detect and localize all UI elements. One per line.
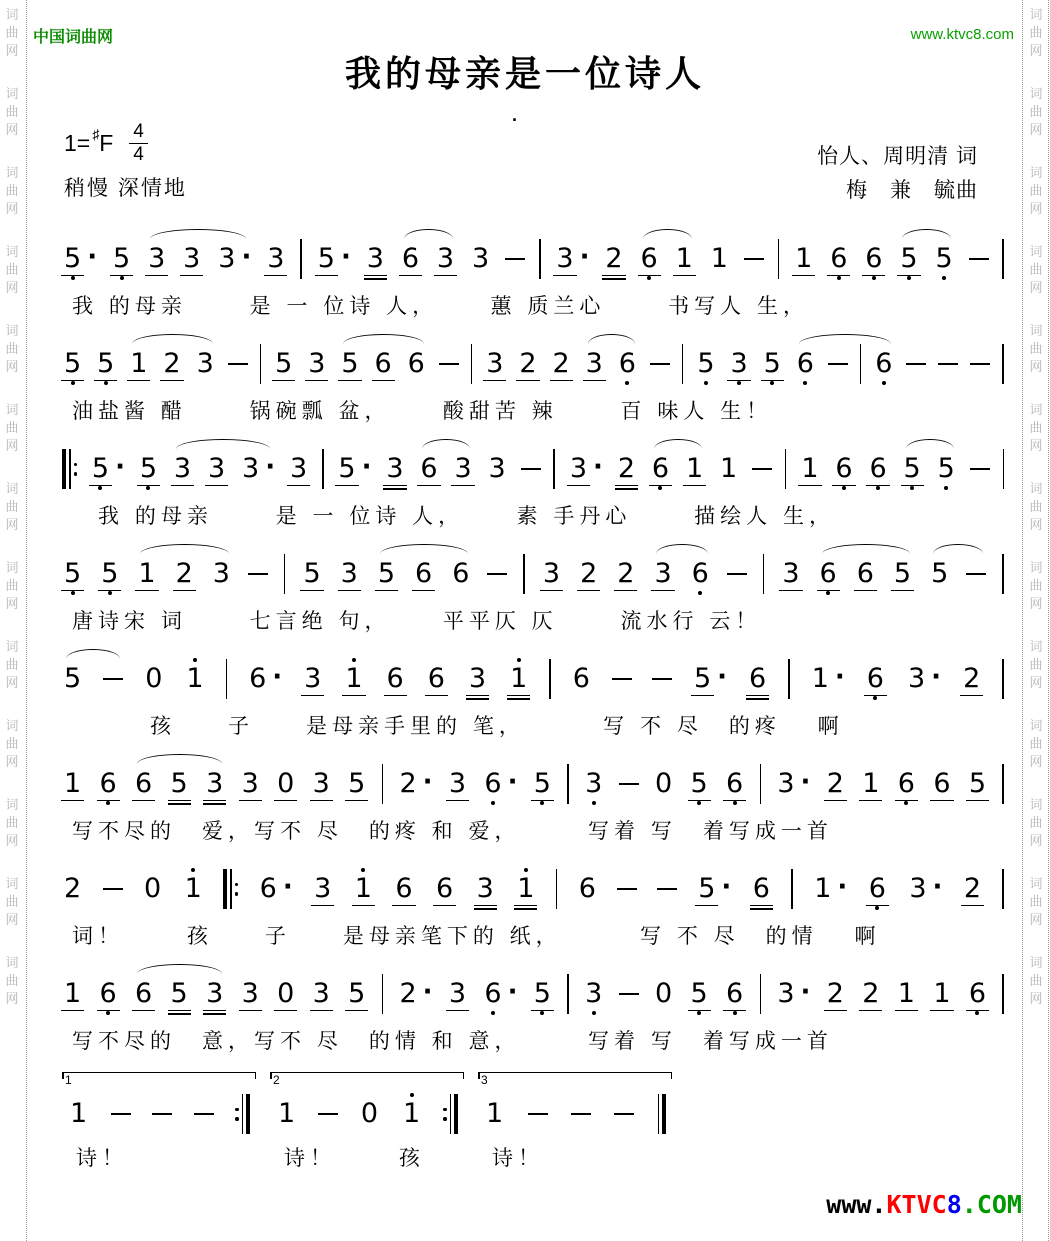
dash-note	[111, 1113, 131, 1116]
note-digit: 1	[401, 1100, 422, 1128]
note-digit: 6	[385, 665, 406, 693]
volta-number: 3	[481, 1073, 488, 1087]
note-5: 5	[273, 341, 294, 387]
note-1: 1	[484, 1091, 505, 1137]
dot	[491, 801, 495, 805]
note-3: 3	[447, 761, 468, 807]
note-digit: 1	[810, 665, 831, 693]
note-column: 0	[275, 761, 296, 807]
repeat-dot	[235, 892, 239, 896]
note-digit: 6	[795, 350, 816, 378]
note-3: 3	[447, 971, 468, 1017]
watermark-char: 词	[1029, 403, 1042, 416]
dash-note	[619, 993, 639, 996]
dash-note	[194, 1113, 214, 1116]
repeat-dots	[443, 1108, 447, 1121]
note-3: 3	[475, 866, 496, 912]
note-2: 2	[62, 866, 83, 912]
note-6: 6	[724, 971, 745, 1017]
note-column: 3	[728, 341, 749, 387]
note-digit: 5	[929, 560, 950, 588]
note-digit: 1	[183, 875, 204, 903]
note-digit: 3	[775, 770, 796, 798]
dot	[191, 868, 195, 872]
bar-thin	[1002, 239, 1004, 279]
note-3: 3	[652, 551, 673, 597]
augmentation-dot: ·	[593, 454, 603, 484]
dot	[658, 486, 662, 490]
note-column: 5	[301, 551, 322, 597]
watermark-group: 词曲网	[1029, 561, 1042, 610]
note-column: 1	[793, 236, 814, 282]
dash-note	[906, 363, 926, 366]
note-column: 5	[62, 656, 83, 702]
barline	[1003, 446, 1005, 492]
note-column: 6	[724, 761, 745, 807]
note-5: 5	[933, 236, 954, 282]
note-column: 6	[828, 236, 849, 282]
note-column: 3	[584, 341, 605, 387]
watermark-group: 词曲网	[5, 877, 18, 926]
slur	[380, 544, 468, 555]
note-3: 3·	[775, 971, 810, 1017]
watermark-char: 词	[1029, 324, 1042, 337]
bar-thin	[69, 449, 71, 489]
barline	[1002, 341, 1004, 387]
note-digit: 5	[273, 350, 294, 378]
note-column: 2	[961, 656, 982, 702]
lyrics-row: 写不尽的 爱，写不 尽 的疼 和 爱， 写着 写 着写成一首	[62, 815, 1004, 847]
bar-thin	[471, 344, 473, 384]
repeat-dots	[235, 883, 239, 896]
notes-row: 1665330352·36·530563·22116	[62, 963, 1004, 1025]
note-digit: 5	[301, 560, 322, 588]
dot	[540, 1011, 544, 1015]
augmentation-dot: ·	[362, 454, 372, 484]
note-column: 6	[751, 866, 772, 912]
note-column: 3	[311, 971, 332, 1017]
note-column: 3	[568, 446, 589, 492]
bar-thin	[788, 659, 790, 699]
octave-dot-below	[803, 378, 807, 387]
watermark-char: 词	[1029, 798, 1042, 811]
bar-thin	[1002, 764, 1004, 804]
note-digit: 5	[892, 560, 913, 588]
watermark-group: 词曲网	[1029, 482, 1042, 531]
note-2: 2	[578, 551, 599, 597]
watermark-char: 曲	[1029, 26, 1042, 39]
dash-note	[228, 363, 248, 366]
site-url: www.ktvc8.com	[911, 26, 1014, 43]
dash-note	[619, 783, 639, 786]
note-digit: 3	[452, 455, 473, 483]
dash-note	[970, 363, 990, 366]
note-digit: 3	[467, 665, 488, 693]
note-column: 5	[62, 551, 83, 597]
note-6: 6·	[482, 971, 517, 1017]
watermark-char: 词	[5, 798, 18, 811]
note-column: 0	[653, 761, 674, 807]
watermark-char: 曲	[5, 26, 18, 39]
watermark-char: 曲	[1029, 105, 1042, 118]
volta-endings-line: 11诗！2101诗！ 孩31诗！	[62, 1072, 672, 1174]
note-column: 1	[276, 1091, 297, 1137]
note-5: 5	[892, 551, 913, 597]
note-column: 3	[365, 236, 386, 282]
repeat-begin-barline	[62, 446, 77, 492]
note-3: 3·	[775, 761, 810, 807]
repeat-dot	[235, 1108, 239, 1112]
dash-note	[571, 1113, 591, 1116]
note-column: 6	[393, 866, 414, 912]
note-column: 6	[133, 971, 154, 1017]
watermark-char: 曲	[1029, 263, 1042, 276]
note-digit: 5	[696, 875, 717, 903]
note-column: 3	[652, 551, 673, 597]
note-column: 6	[400, 236, 421, 282]
watermark-char: 曲	[1029, 579, 1042, 592]
note-column: 6	[434, 866, 455, 912]
note-digit: 3	[583, 980, 604, 1008]
note-column: 1	[860, 761, 881, 807]
note-6: 6	[393, 866, 414, 912]
watermark-char: 词	[5, 719, 18, 732]
note-3: 3	[365, 236, 386, 282]
note-column: 1	[484, 1091, 505, 1137]
watermark-char: 词	[1029, 245, 1042, 258]
note-digit: 2	[174, 560, 195, 588]
repeat-dots	[74, 463, 78, 476]
lyrics-row: 油盐酱 醋 锅碗瓢 盆， 酸甜苦 辣 百 味人 生！	[62, 395, 1004, 427]
note-digit: 3	[311, 980, 332, 1008]
note-column: 3	[554, 236, 575, 282]
watermark-group: 词曲网	[1029, 956, 1042, 1005]
dot	[826, 591, 830, 595]
note-column: 3	[470, 236, 491, 282]
note-column: 5	[692, 656, 713, 702]
note-digit: 1	[931, 980, 952, 1008]
watermark-char: 曲	[5, 658, 18, 671]
dot	[625, 381, 629, 385]
dot	[352, 658, 356, 662]
footer-logo: www.KTVC8.COM	[826, 1190, 1022, 1219]
right-watermark-column: 词曲网词曲网词曲网词曲网词曲网词曲网词曲网词曲网词曲网词曲网词曲网词曲网词曲网	[1027, 0, 1045, 1241]
dot	[770, 381, 774, 385]
note-column: 3	[907, 866, 928, 912]
augmentation-dot: ·	[241, 244, 251, 274]
note-digit: 6	[867, 455, 888, 483]
note-digit: 5	[169, 980, 190, 1008]
note-column: 6	[867, 866, 888, 912]
left-dotted-divider	[26, 0, 27, 1241]
augmentation-dot: ·	[801, 769, 811, 799]
dot	[104, 381, 108, 385]
note-3: 3	[181, 236, 202, 282]
note-6: 6	[650, 446, 671, 492]
title-dot: ·	[0, 110, 1030, 131]
note-1: 1	[515, 866, 536, 912]
note-6: 6	[418, 446, 439, 492]
note-6: 6	[400, 236, 421, 282]
note-digit: 6	[406, 350, 427, 378]
note-1: 1	[896, 971, 917, 1017]
note-column: 1	[62, 971, 83, 1017]
note-digit: 3	[311, 770, 332, 798]
note-digit: 3	[302, 665, 323, 693]
note-digit: 2	[615, 560, 636, 588]
barline	[788, 656, 790, 702]
note-column: 5	[138, 446, 159, 492]
note-5: 5	[111, 236, 132, 282]
augmentation-dot: ·	[580, 244, 590, 274]
note-column: 5	[169, 971, 190, 1017]
bar-thin	[230, 869, 232, 909]
repeat-dot	[235, 883, 239, 887]
note-5: 5	[532, 971, 553, 1017]
note-column: 3	[206, 446, 227, 492]
right-inner-dotted-divider	[1022, 0, 1023, 1241]
notes-row: 55123535663223636655	[62, 543, 1004, 605]
score-line: 55123535663223653566油盐酱 醋 锅碗瓢 盆， 酸甜苦 辣 百…	[62, 333, 1004, 433]
score-line: 2016·31663165·61·63·2词！ 孩 子 是母亲笔下的 纸， 写 …	[62, 858, 1004, 958]
rest-note: 0	[653, 761, 674, 807]
note-digit: 1	[508, 665, 529, 693]
volta-section: 2101诗！ 孩	[270, 1072, 464, 1174]
note-5: 5	[346, 971, 367, 1017]
notes-row: 2016·31663165·61·63·2	[62, 858, 1004, 920]
note-3: 3·	[568, 446, 603, 492]
note-digit: 0	[359, 1100, 380, 1128]
watermark-char: 网	[1029, 123, 1042, 136]
watermark-char: 词	[5, 877, 18, 890]
watermark-char: 词	[1029, 482, 1042, 495]
bar-thin	[1002, 869, 1004, 909]
note-6: 6	[577, 866, 598, 912]
barline	[300, 236, 302, 282]
note-3: 3	[240, 971, 261, 1017]
watermark-char: 网	[1029, 439, 1042, 452]
note-5: 5·	[692, 656, 727, 702]
slur	[902, 229, 951, 240]
note-digit: 1	[793, 245, 814, 273]
watermark-char: 词	[5, 640, 18, 653]
note-2: 2	[551, 341, 572, 387]
note-5: 5	[898, 236, 919, 282]
watermark-char: 曲	[1029, 895, 1042, 908]
note-2: 2	[825, 971, 846, 1017]
song-title: 我的母亲是一位诗人	[0, 46, 1050, 97]
note-6: 6	[98, 971, 119, 1017]
note-2: 2	[603, 236, 624, 282]
dot	[842, 486, 846, 490]
dash-note	[521, 468, 541, 471]
note-digit: 2	[62, 875, 83, 903]
note-5: 5	[169, 761, 190, 807]
dot	[361, 868, 365, 872]
slur	[137, 754, 222, 765]
note-6: 6	[828, 236, 849, 282]
watermark-char: 曲	[5, 421, 18, 434]
note-1: 1	[799, 446, 820, 492]
note-digit: 3	[652, 560, 673, 588]
note-column: 2	[860, 971, 881, 1017]
note-6: 6	[867, 446, 888, 492]
note-5: 5	[689, 761, 710, 807]
note-digit: 3	[146, 245, 167, 273]
note-digit: 1	[276, 1100, 297, 1128]
note-digit: 6	[967, 980, 988, 1008]
watermark-char: 曲	[1029, 658, 1042, 671]
note-digit: 5	[99, 560, 120, 588]
note-5: 5	[301, 551, 322, 597]
watermark-group: 词曲网	[5, 719, 18, 768]
note-digit: 3	[204, 980, 225, 1008]
barline	[1002, 656, 1004, 702]
note-column: 5	[99, 551, 120, 597]
dot	[524, 868, 528, 872]
dot	[698, 591, 702, 595]
note-5: 5	[346, 761, 367, 807]
note-column: 3	[583, 761, 604, 807]
note-column: 1	[931, 971, 952, 1017]
bar-thin	[242, 1094, 244, 1134]
note-digit: 6	[867, 875, 888, 903]
note-digit: 3	[240, 980, 261, 1008]
rest-note: 0	[275, 971, 296, 1017]
note-column: 3	[487, 446, 508, 492]
final-barline	[658, 1091, 667, 1137]
note-3: 3	[146, 236, 167, 282]
note-1: 1	[353, 866, 374, 912]
dash-note	[828, 363, 848, 366]
note-column: 3	[288, 446, 309, 492]
barline	[1002, 551, 1004, 597]
note-6: 6	[406, 341, 427, 387]
note-digit: 0	[653, 770, 674, 798]
sharp-symbol: ♯	[92, 126, 99, 142]
note-digit: 6	[724, 980, 745, 1008]
note-5: 5	[99, 551, 120, 597]
note-column: 0	[275, 971, 296, 1017]
watermark-group: 词曲网	[5, 403, 18, 452]
watermark-char: 曲	[1029, 974, 1042, 987]
watermark-char: 曲	[5, 500, 18, 513]
note-digit: 6	[571, 665, 592, 693]
note-digit: 2	[397, 770, 418, 798]
dash-note	[612, 678, 632, 681]
note-digit: 6	[426, 665, 447, 693]
note-digit: 3	[728, 350, 749, 378]
note-2: 2	[517, 341, 538, 387]
octave-dot-below	[491, 798, 495, 807]
note-digit: 6	[98, 770, 119, 798]
note-column: 6	[418, 446, 439, 492]
note-column: 5	[689, 971, 710, 1017]
note-digit: 5	[169, 770, 190, 798]
lyrics-row: 孩 子 是母亲手里的 笔， 写 不 尽 的疼 啊	[62, 710, 1004, 742]
note-column: 5	[62, 341, 83, 387]
bar-thick	[62, 449, 66, 489]
note-column: 1	[812, 866, 833, 912]
barline	[539, 236, 541, 282]
barline	[1002, 971, 1004, 1017]
note-digit: 3	[907, 875, 928, 903]
barline	[382, 971, 384, 1017]
note-digit: 3	[288, 455, 309, 483]
lyrics-row: 诗！	[62, 1142, 256, 1174]
score: 5·5333·35·36333·261116655我 的母亲 是 一 位诗 人，…	[62, 228, 1004, 1068]
note-column: 0	[359, 1091, 380, 1137]
note-digit: 1	[136, 560, 157, 588]
note-digit: 3	[211, 560, 232, 588]
note-column: 6	[724, 971, 745, 1017]
watermark-char: 网	[1029, 913, 1042, 926]
note-column: 1	[184, 656, 205, 702]
watermark-char: 词	[1029, 640, 1042, 653]
barline	[1002, 236, 1004, 282]
watermark-group: 词曲网	[5, 482, 18, 531]
time-signature-denominator: 4	[133, 144, 144, 165]
watermark-char: 网	[1029, 992, 1042, 1005]
slur	[588, 334, 635, 345]
note-digit: 3	[447, 980, 468, 1008]
note-column: 3	[780, 551, 801, 597]
notes-row: 1665330352·36·530563·21665	[62, 753, 1004, 815]
note-column: 5	[892, 551, 913, 597]
note-column: 5	[346, 971, 367, 1017]
watermark-char: 曲	[5, 579, 18, 592]
note-digit: 6	[931, 770, 952, 798]
bar-thin	[556, 869, 558, 909]
note-column: 3	[204, 761, 225, 807]
note-digit: 3	[240, 770, 261, 798]
note-column: 3	[172, 446, 193, 492]
dash-note	[528, 1113, 548, 1116]
note-1: 1	[68, 1091, 89, 1137]
note-digit: 5	[111, 245, 132, 273]
note-5: 5	[762, 341, 783, 387]
slur	[643, 229, 692, 240]
note-column: 1	[709, 236, 730, 282]
dash-note	[752, 468, 772, 471]
notes-row: 5016·31663165·61·63·2	[62, 648, 1004, 710]
note-column: 6	[690, 551, 711, 597]
dash-note	[505, 258, 525, 261]
dot	[410, 1093, 414, 1097]
repeat-dot	[443, 1117, 447, 1121]
note-1: 1·	[812, 866, 847, 912]
note-digit: 6	[258, 875, 279, 903]
dash-note	[650, 363, 670, 366]
dot	[944, 486, 948, 490]
note-digit: 5	[62, 245, 83, 273]
note-3: 3	[240, 761, 261, 807]
barline	[226, 656, 228, 702]
note-digit: 2	[161, 350, 182, 378]
note-digit: 0	[143, 665, 164, 693]
bar-thick	[454, 1094, 458, 1134]
lyrics-row: 词！ 孩 子 是母亲笔下的 纸， 写 不 尽 的情 啊	[62, 920, 1004, 952]
dot	[517, 658, 521, 662]
watermark-char: 网	[5, 281, 18, 294]
note-column: 3	[775, 761, 796, 807]
note-3: 3	[583, 761, 604, 807]
octave-dot-below	[592, 798, 596, 807]
note-column: 1	[136, 551, 157, 597]
repeat-dots	[235, 1108, 239, 1121]
bar-thin	[567, 974, 569, 1014]
note-5: 5	[339, 341, 360, 387]
